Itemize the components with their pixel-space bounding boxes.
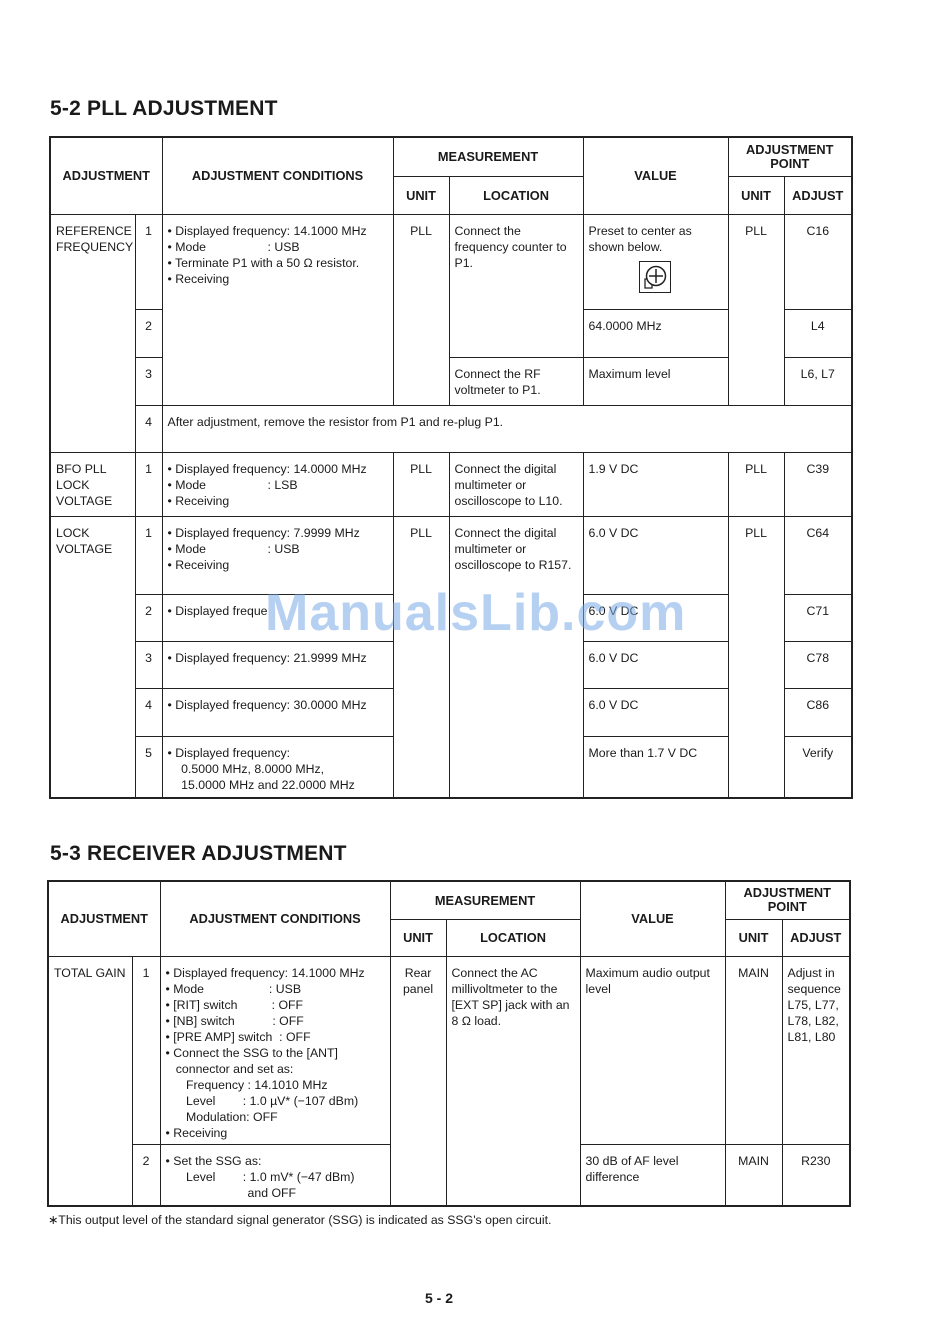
- conditions: • Displayed freque: [163, 595, 393, 619]
- table-row: REFERENCE FREQUENCY 1 • Displayed freque…: [50, 214, 852, 309]
- header-meas-unit: UNIT: [390, 919, 446, 956]
- header-ap-adjust: ADJUST: [784, 176, 852, 214]
- adjustment-name: BFO PLL LOCK VOLTAGE: [51, 453, 135, 509]
- header-measurement: MEASUREMENT: [390, 881, 580, 919]
- adjust-point: Verify: [785, 737, 852, 761]
- receiver-adjustment-table: ADJUSTMENT ADJUSTMENT CONDITIONS MEASURE…: [47, 880, 851, 1207]
- header-meas-location: LOCATION: [446, 919, 580, 956]
- header-meas-location: LOCATION: [449, 176, 583, 214]
- ap-unit: MAIN: [726, 1145, 782, 1169]
- conditions: • Displayed frequency: 7.9999 MHz • Mode…: [163, 517, 393, 573]
- location: Connect the digital multimeter or oscill…: [450, 453, 583, 509]
- value: 64.0000 MHz: [584, 310, 728, 334]
- header-ap-unit: UNIT: [725, 919, 782, 956]
- footnote: ∗This output level of the standard signa…: [48, 1213, 551, 1227]
- header-measurement: MEASUREMENT: [393, 137, 583, 176]
- header-ap-adjust: ADJUST: [782, 919, 850, 956]
- adjust-point: C16: [785, 215, 852, 239]
- header-value: VALUE: [580, 881, 725, 956]
- header-ap-unit: UNIT: [728, 176, 784, 214]
- value: Preset to center as shown below.: [584, 215, 728, 297]
- step-number: 4: [136, 689, 162, 713]
- header-adjustment: ADJUSTMENT: [50, 137, 162, 214]
- location: Connect the RF voltmeter to P1.: [450, 358, 583, 398]
- step-number: 3: [136, 642, 162, 666]
- conditions: • Set the SSG as: Level : 1.0 mV* (−47 d…: [161, 1145, 390, 1201]
- section-title-pll: 5-2 PLL ADJUSTMENT: [50, 97, 278, 121]
- header-conditions: ADJUSTMENT CONDITIONS: [162, 137, 393, 214]
- step-number: 4: [136, 406, 162, 430]
- conditions: • Displayed frequency: 14.1000 MHz • Mod…: [161, 957, 390, 1141]
- adjust-point: L4: [785, 310, 852, 334]
- header-meas-unit: UNIT: [393, 176, 449, 214]
- adjust-point: C64: [785, 517, 852, 541]
- step-number: 5: [136, 737, 162, 761]
- value: Maximum level: [584, 358, 728, 382]
- adjust-point: C71: [785, 595, 852, 619]
- adjust-point: C39: [785, 453, 852, 477]
- value: 6.0 V DC: [584, 689, 728, 713]
- adjust-point: L6, L7: [785, 358, 852, 382]
- page-number: 5 - 2: [425, 1290, 453, 1306]
- adjust-point: R230: [783, 1145, 850, 1169]
- adjust-point: C78: [785, 642, 852, 666]
- location: Connect the digital multimeter or oscill…: [450, 517, 583, 573]
- adjust-point: Adjust in sequence L75, L77, L78, L82, L…: [783, 957, 850, 1045]
- table-row: LOCK VOLTAGE 1 • Displayed frequency: 7.…: [50, 516, 852, 594]
- step-number: 1: [136, 453, 162, 477]
- conditions: • Displayed frequency: 14.1000 MHz • Mod…: [163, 215, 393, 287]
- table-row: TOTAL GAIN 1 • Displayed frequency: 14.1…: [48, 956, 850, 1144]
- header-adjustment-point: ADJUSTMENT POINT: [725, 881, 850, 919]
- location: Connect the frequency counter to P1.: [450, 215, 583, 271]
- meas-unit: PLL: [394, 517, 449, 541]
- header-value: VALUE: [583, 137, 728, 214]
- header-conditions: ADJUSTMENT CONDITIONS: [160, 881, 390, 956]
- location: Connect the AC millivoltmeter to the [EX…: [447, 957, 580, 1029]
- section-title-receiver: 5-3 RECEIVER ADJUSTMENT: [50, 842, 347, 866]
- note: After adjustment, remove the resistor fr…: [163, 406, 852, 430]
- conditions: • Displayed frequency: 14.0000 MHz • Mod…: [163, 453, 393, 509]
- conditions: • Displayed frequency: 0.5000 MHz, 8.000…: [163, 737, 393, 793]
- value: More than 1.7 V DC: [584, 737, 728, 761]
- step-number: 1: [133, 957, 160, 981]
- step-number: 1: [136, 517, 162, 541]
- meas-unit: Rear panel: [391, 957, 446, 997]
- table-row: 4 After adjustment, remove the resistor …: [50, 405, 852, 452]
- value: 6.0 V DC: [584, 595, 728, 619]
- conditions: • Displayed frequency: 30.0000 MHz: [163, 689, 393, 713]
- table-row: BFO PLL LOCK VOLTAGE 1 • Displayed frequ…: [50, 452, 852, 516]
- adjustment-name: REFERENCE FREQUENCY: [51, 215, 135, 255]
- meas-unit: PLL: [394, 215, 449, 239]
- step-number: 2: [133, 1145, 160, 1169]
- step-number: 3: [136, 358, 162, 382]
- step-number: 1: [136, 215, 162, 239]
- value: 1.9 V DC: [584, 453, 728, 477]
- step-number: 2: [136, 310, 162, 334]
- value: 6.0 V DC: [584, 642, 728, 666]
- pll-adjustment-table: ADJUSTMENT ADJUSTMENT CONDITIONS MEASURE…: [49, 136, 853, 799]
- ap-unit: PLL: [729, 215, 784, 239]
- meas-unit: PLL: [394, 453, 449, 477]
- value: Maximum audio output level: [581, 957, 725, 997]
- adjustment-name: TOTAL GAIN: [49, 957, 132, 981]
- value: 30 dB of AF level difference: [581, 1145, 725, 1185]
- header-adjustment: ADJUSTMENT: [48, 881, 160, 956]
- step-number: 2: [136, 595, 162, 619]
- adjustment-name: LOCK VOLTAGE: [51, 517, 135, 557]
- conditions: • Displayed frequency: 21.9999 MHz: [163, 642, 393, 666]
- ap-unit: PLL: [729, 517, 784, 541]
- ap-unit: PLL: [729, 453, 784, 477]
- header-adjustment-point: ADJUSTMENT POINT: [728, 137, 852, 176]
- adjust-point: C86: [785, 689, 852, 713]
- trimmer-center-icon: [639, 261, 671, 293]
- value: 6.0 V DC: [584, 517, 728, 541]
- ap-unit: MAIN: [726, 957, 782, 981]
